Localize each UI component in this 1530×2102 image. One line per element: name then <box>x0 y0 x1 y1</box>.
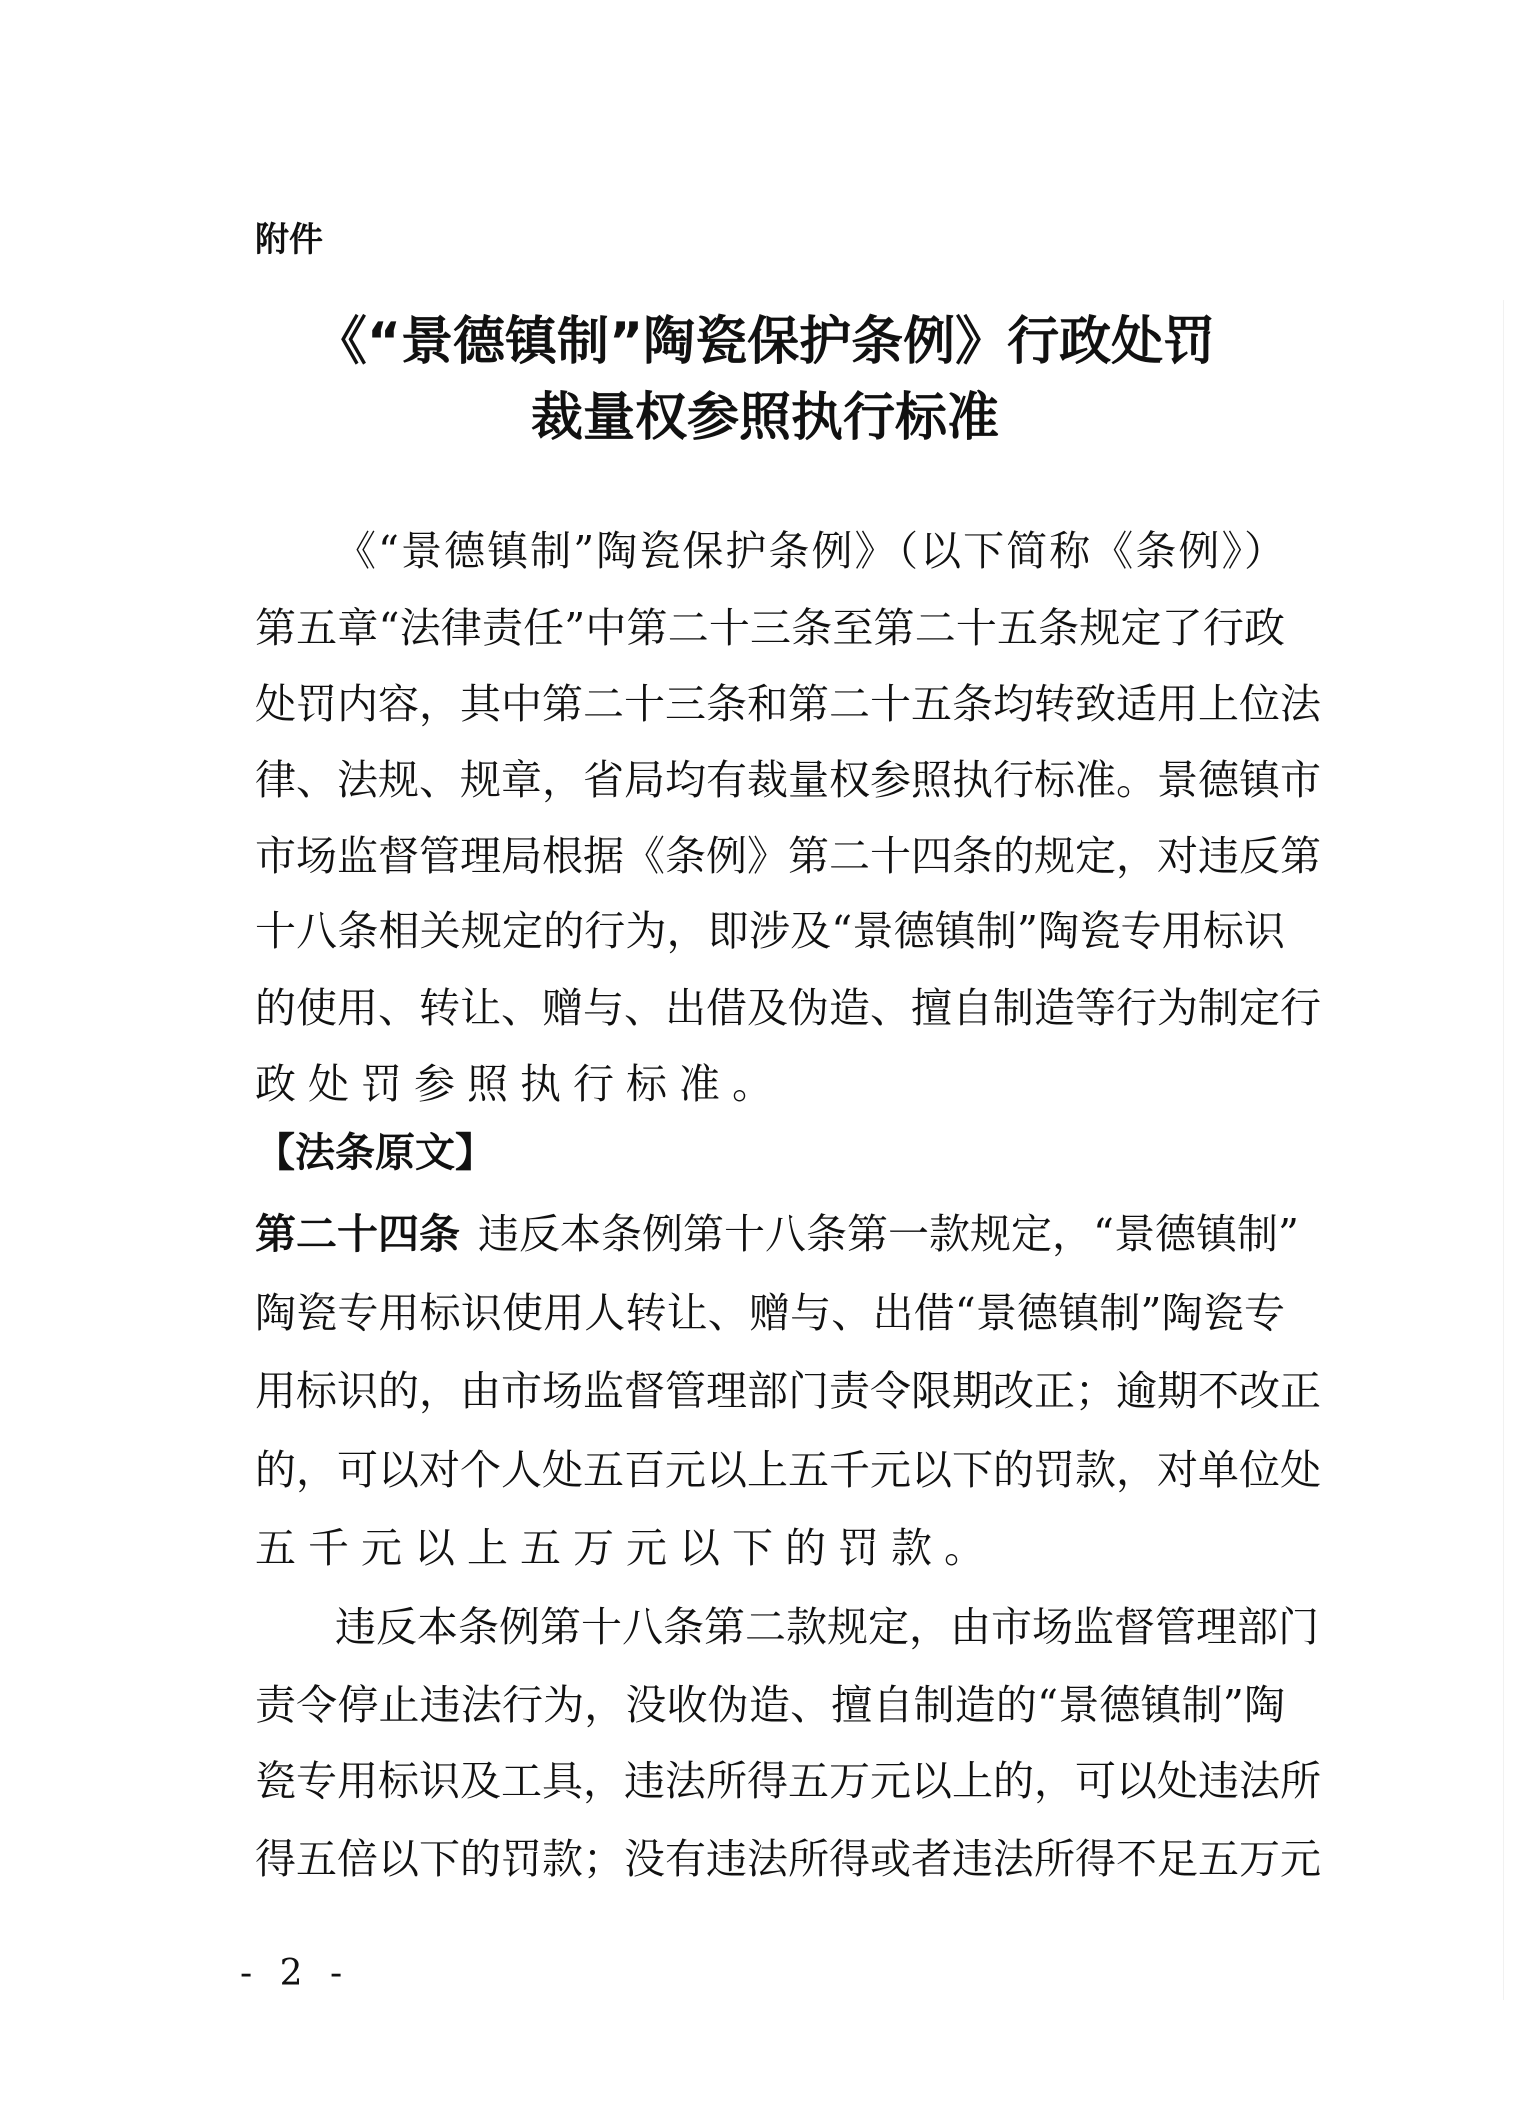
document-title-line-1: 《“景德镇制”陶瓷保护条例》行政处罚 <box>0 312 1530 372</box>
scan-edge <box>1503 300 1504 2000</box>
article-line: 五千元以上五万元以下的罚款。 <box>255 1523 1285 1573</box>
article-line: 违反本条例第十八条第一款规定，“景德镇制” <box>478 1209 1299 1259</box>
page-number: - 2 - <box>240 1952 350 1996</box>
article-line: 违反本条例第十八条第二款规定，由市场监督管理部门 <box>335 1602 1285 1652</box>
article-line: 瓷专用标识及工具，违法所得五万元以上的，可以处违法所 <box>255 1756 1285 1806</box>
intro-line: 的使用、转让、赠与、出借及伪造、擅自制造等行为制定行 <box>255 983 1285 1033</box>
article-first-line: 第二十四条 违反本条例第十八条第一款规定，“景德镇制” <box>255 1209 1285 1259</box>
document-page: 附件 《“景德镇制”陶瓷保护条例》行政处罚 裁量权参照执行标准 《“景德镇制”陶… <box>0 0 1530 2102</box>
document-title-line-2: 裁量权参照执行标准 <box>0 388 1530 448</box>
intro-line: 《“景德镇制”陶瓷保护条例》（以下简称《条例》） <box>335 526 1285 576</box>
article-line: 用标识的，由市场监督管理部门责令限期改正；逾期不改正 <box>255 1366 1285 1416</box>
article-line: 陶瓷专用标识使用人转让、赠与、出借“景德镇制”陶瓷专 <box>255 1288 1285 1338</box>
intro-line: 第五章“法律责任”中第二十三条至第二十五条规定了行政 <box>255 603 1285 653</box>
intro-line: 律、法规、规章，省局均有裁量权参照执行标准。景德镇市 <box>255 755 1285 805</box>
intro-line: 处罚内容，其中第二十三条和第二十五条均转致适用上位法 <box>255 679 1285 729</box>
intro-line: 市场监督管理局根据《条例》第二十四条的规定，对违反第 <box>255 831 1285 881</box>
attachment-label: 附件 <box>255 218 323 262</box>
article-label: 第二十四条 <box>255 1209 460 1259</box>
article-line: 的，可以对个人处五百元以上五千元以下的罚款，对单位处 <box>255 1445 1285 1495</box>
section-heading: 【法条原文】 <box>255 1128 495 1178</box>
article-line: 得五倍以下的罚款；没有违法所得或者违法所得不足五万元 <box>255 1834 1285 1884</box>
article-line: 责令停止违法行为，没收伪造、擅自制造的“景德镇制”陶 <box>255 1680 1285 1730</box>
intro-line: 政处罚参照执行标准。 <box>255 1059 1285 1109</box>
intro-line: 十八条相关规定的行为，即涉及“景德镇制”陶瓷专用标识 <box>255 906 1285 956</box>
